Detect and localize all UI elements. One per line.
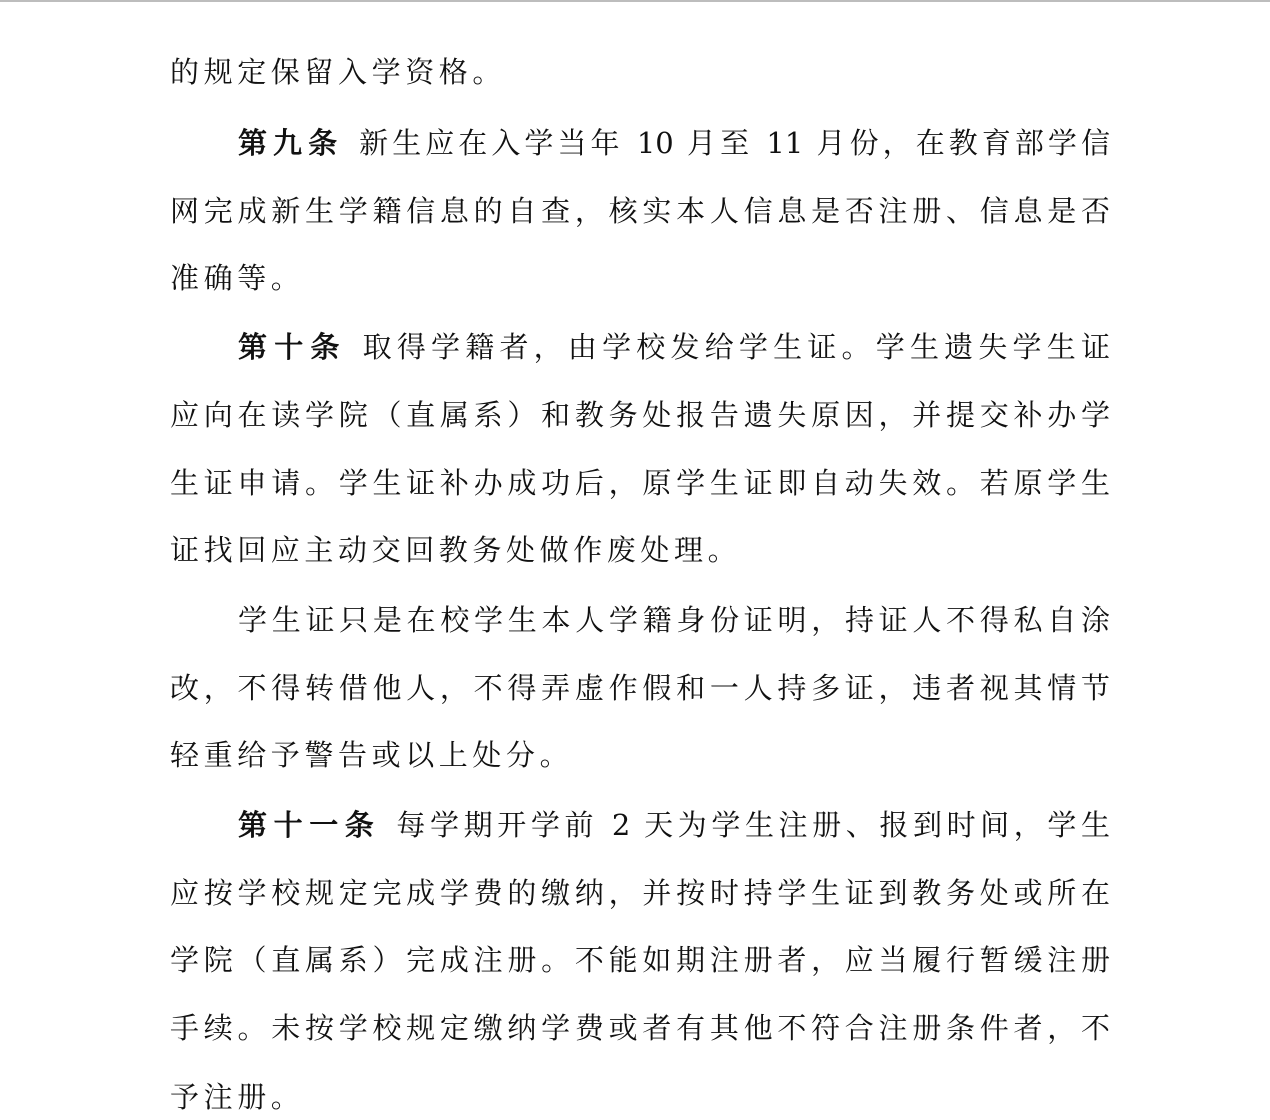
top-border	[0, 0, 1270, 2]
text-line: 改，不得转借他人，不得弄虚作假和一人持多证，违者视其情节	[170, 668, 1110, 708]
paragraph-start-line: 学生证只是在校学生本人学籍身份证明，持证人不得私自涂	[170, 600, 1110, 640]
text-line: 予注册。	[170, 1077, 1110, 1117]
article-heading: 第十一条	[238, 808, 380, 842]
text-span: 新生应在入学当年 10 月至 11 月份，在教育部学信	[359, 126, 1110, 160]
article-11-line: 第十一条每学期开学前 2 天为学生注册、报到时间，学生	[170, 805, 1110, 845]
article-9-line: 第九条新生应在入学当年 10 月至 11 月份，在教育部学信	[170, 123, 1110, 163]
text-line: 生证申请。学生证补办成功后，原学生证即自动失效。若原学生	[170, 463, 1110, 503]
text-line: 网完成新生学籍信息的自查，核实本人信息是否注册、信息是否	[170, 191, 1110, 231]
text-line: 准确等。	[170, 258, 1110, 298]
text-span: 取得学籍者，由学校发给学生证。学生遗失学生证	[363, 330, 1110, 364]
text-line: 证找回应主动交回教务处做作废处理。	[170, 530, 1110, 570]
text-line: 学院（直属系）完成注册。不能如期注册者，应当履行暂缓注册	[170, 940, 1110, 980]
text-span: 每学期开学前 2 天为学生注册、报到时间，学生	[396, 808, 1110, 842]
text-line: 轻重给予警告或以上处分。	[170, 735, 1110, 775]
article-heading: 第十条	[238, 330, 347, 364]
text-line: 的规定保留入学资格。	[170, 52, 1110, 92]
text-line: 手续。未按学校规定缴纳学费或者有其他不符合注册条件者，不	[170, 1008, 1110, 1048]
text-line: 应按学校规定完成学费的缴纳，并按时持学生证到教务处或所在	[170, 873, 1110, 913]
text-line: 应向在读学院（直属系）和教务处报告遗失原因，并提交补办学	[170, 395, 1110, 435]
article-heading: 第九条	[238, 126, 343, 160]
article-10-line: 第十条取得学籍者，由学校发给学生证。学生遗失学生证	[170, 327, 1110, 367]
